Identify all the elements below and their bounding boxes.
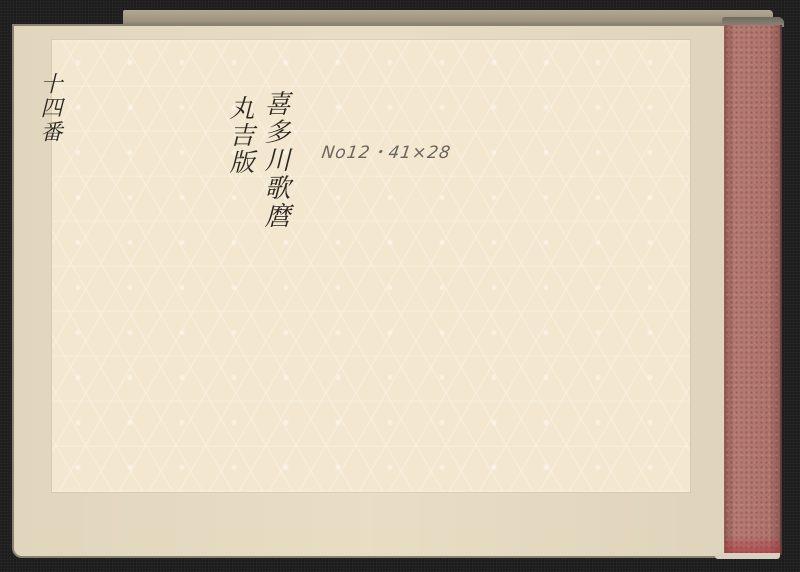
- handwritten-inscription-left: 丸吉版: [228, 95, 253, 176]
- cloth-spine: [724, 25, 782, 555]
- spine-red-stain: [725, 538, 781, 554]
- handwritten-inscription-right: 喜多川歌麿: [262, 90, 288, 230]
- photograph: 十四番 喜多川歌麿 丸吉版 No12・41×28: [0, 0, 800, 572]
- pencil-catalog-note: No12・41×28: [320, 138, 453, 163]
- patterned-paper-panel: [52, 40, 690, 492]
- spine-foot-edge: [715, 553, 780, 559]
- margin-handwritten-note: 十四番: [38, 72, 60, 144]
